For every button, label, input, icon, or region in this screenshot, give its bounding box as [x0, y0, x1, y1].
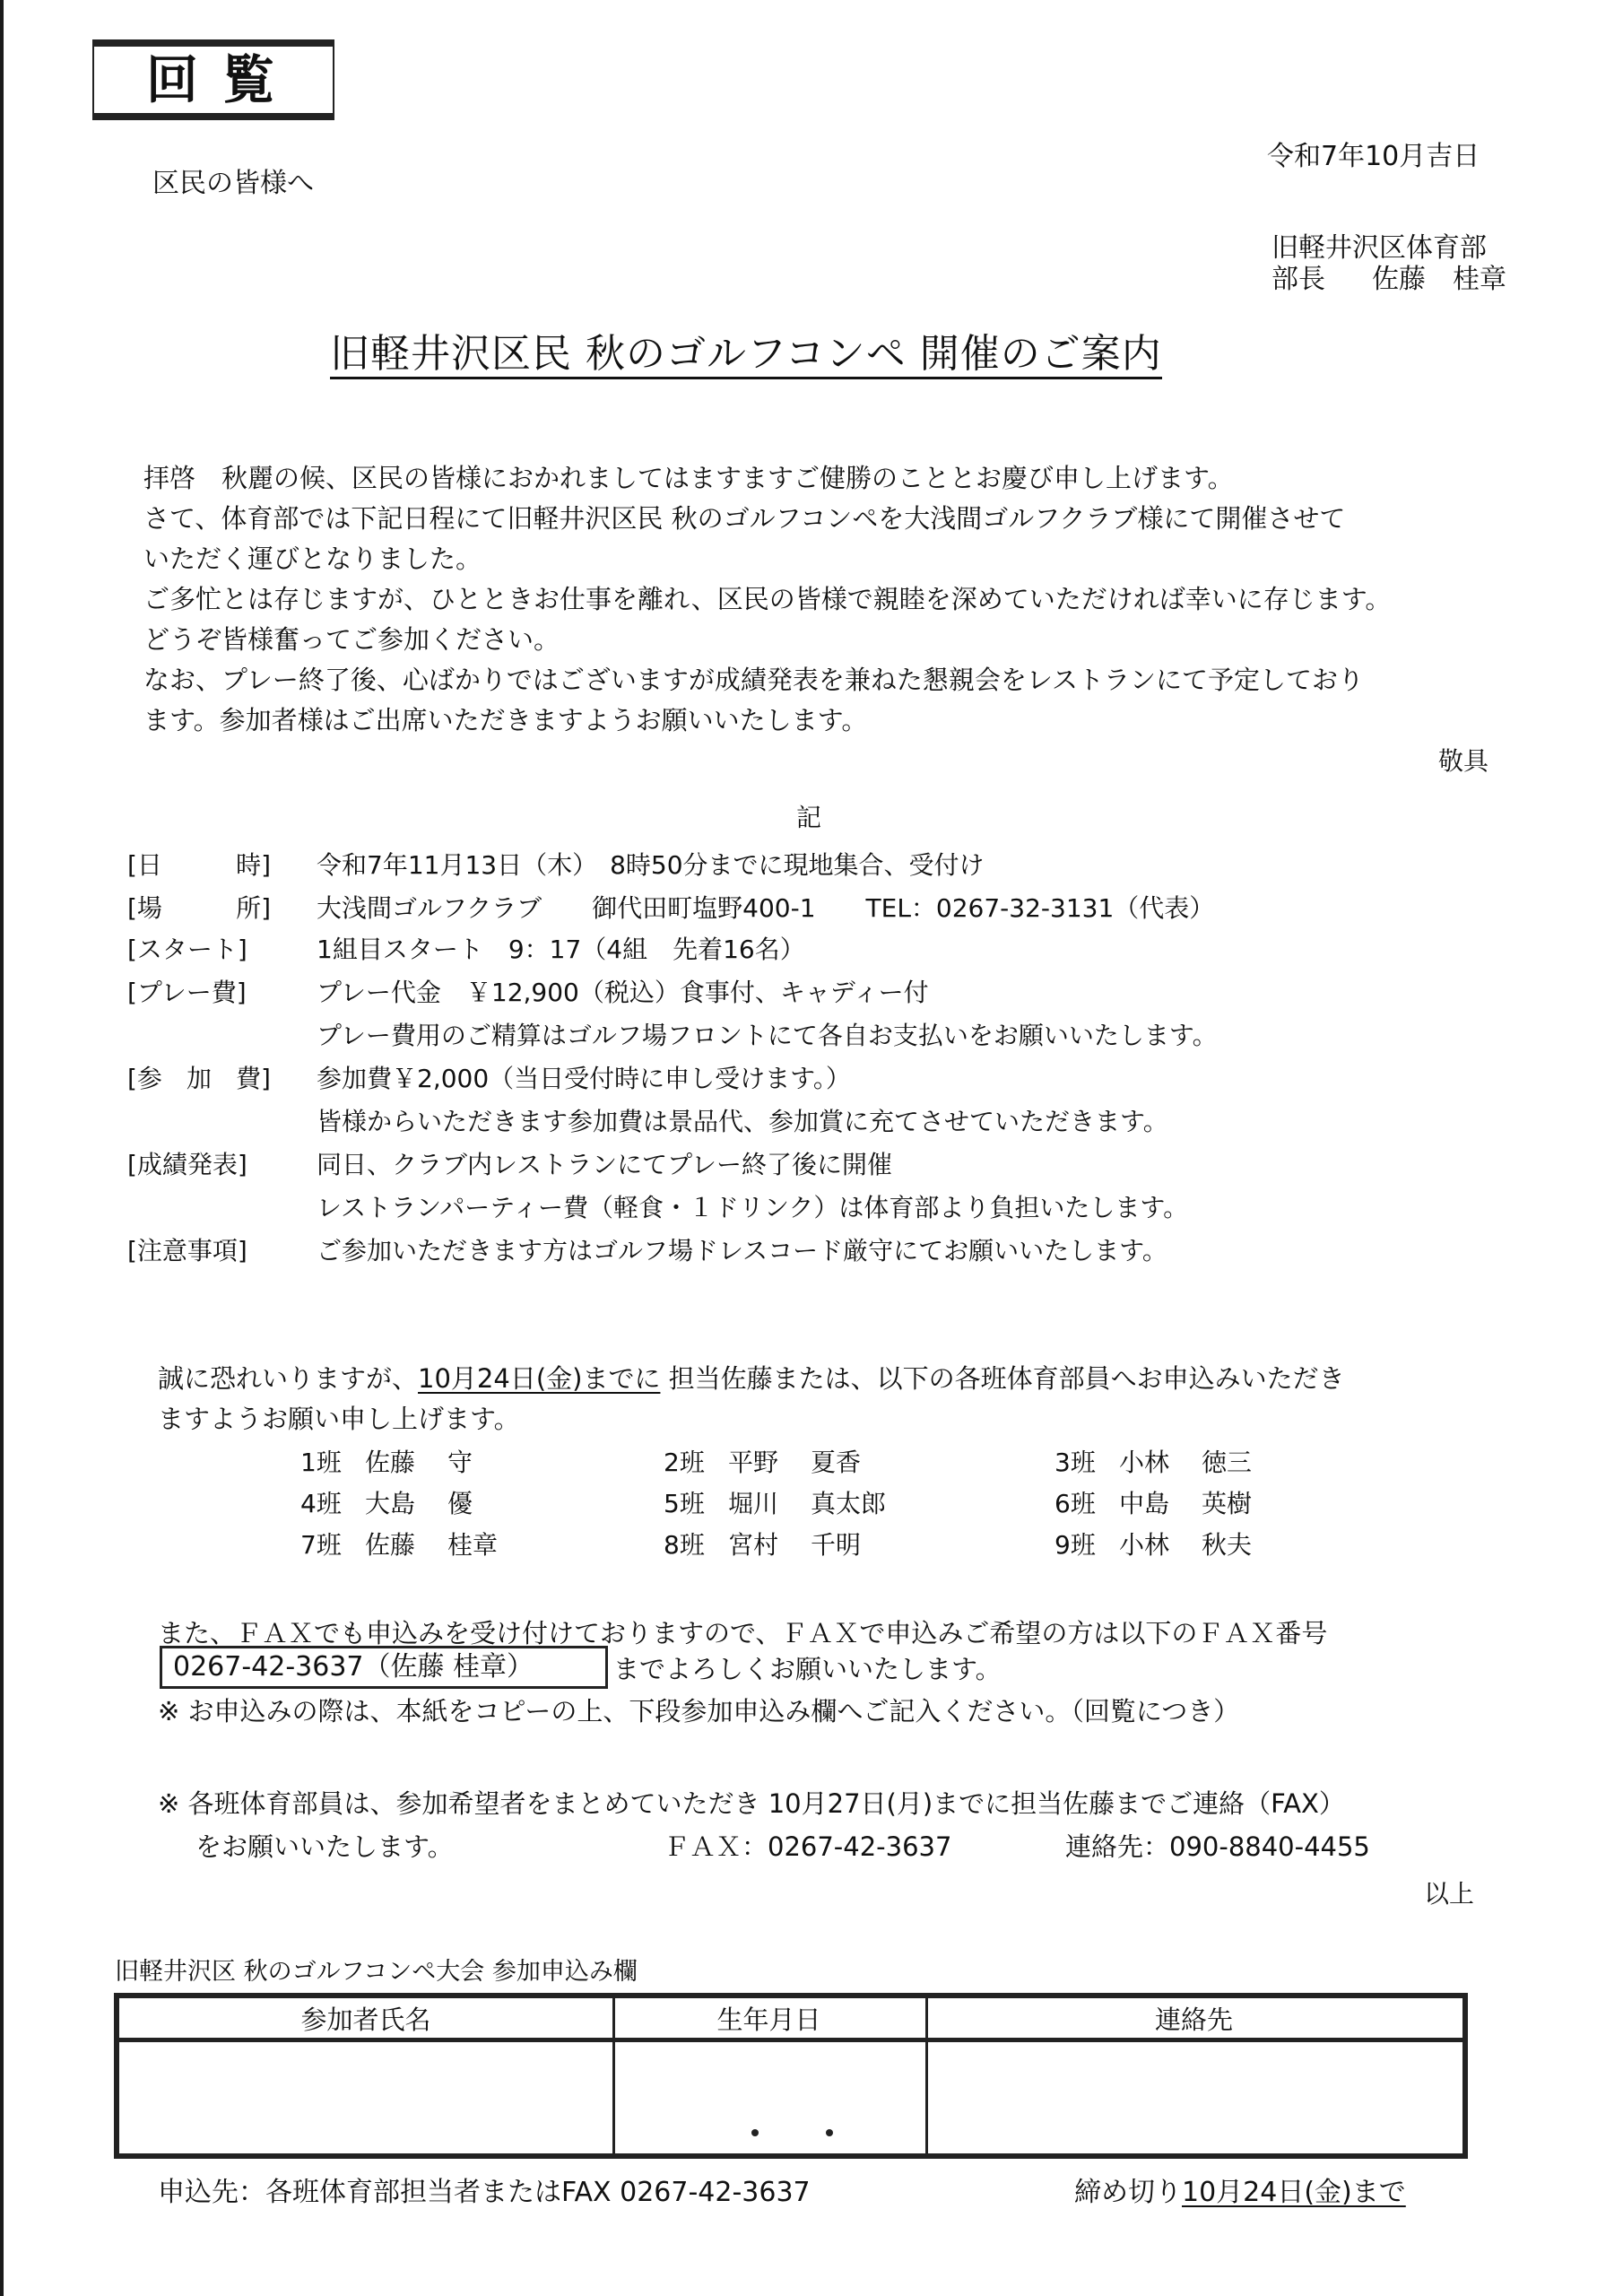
fax-line-1: また、ＦＡＸでも申込みを受け付けておりますので、ＦＡＸで申込みご希望の方は以下の…: [158, 1620, 1327, 1647]
sender-name: 佐藤 桂章: [1372, 264, 1506, 295]
detail-value-entry-fee-note: 皆様からいただきます参加費は景品代、参加賞に充てさせていただきます。: [317, 1109, 1168, 1135]
circulation-char-1: 回: [146, 54, 198, 106]
page-edge: [0, 0, 4, 2296]
detail-value-datetime: 令和7年11月13日（木） 8時50分までに現地集合、受付け: [317, 852, 985, 879]
name-input-cell[interactable]: [123, 2045, 607, 2151]
greeting-line: さて、体育部では下記日程にて旧軽井沢区民 秋のゴルフコンペを大浅間ゴルフクラブ様…: [143, 505, 1345, 532]
detail-value-results: 同日、クラブ内レストランにてプレー終了後に開催: [317, 1152, 892, 1178]
birthdate-input-cell[interactable]: [618, 2045, 921, 2151]
fax-number-box: 0267-42-3637（佐藤 桂章）: [160, 1646, 608, 1689]
circulation-char-2: 覧: [222, 54, 274, 106]
addressee: 区民の皆様へ: [152, 170, 314, 197]
apply-deadline: 10月24日(金)までに: [418, 1363, 660, 1394]
member-item: 1班佐藤守: [300, 1449, 473, 1476]
detail-label-start: [スタート]: [127, 936, 271, 963]
detail-value-notes: ご参加いただきます方はゴルフ場ドレスコード厳守にてお願いいたします。: [317, 1238, 1167, 1265]
sender-title: 部長: [1271, 264, 1325, 295]
form-footer-deadline: 締め切り10月24日(金)まで: [1074, 2179, 1406, 2207]
member-item: 4班大島優: [300, 1491, 473, 1518]
greeting-line: 拝啓 秋麗の候、区民の皆様におかれましてはますますご健勝のこととお慶び申し上げま…: [143, 465, 1234, 491]
issue-date: 令和7年10月吉日: [1267, 143, 1480, 170]
date-separator-dot: [751, 2129, 759, 2136]
greeting-line: どうぞ皆様奮ってご参加ください。: [143, 626, 560, 653]
member-item: 6班中島英樹: [1055, 1491, 1252, 1518]
detail-value-entry-fee: 参加費￥2,000（当日受付時に申し受けます。）: [317, 1065, 851, 1092]
detail-label-notes: [注意事項]: [127, 1238, 271, 1265]
member-item: 2班平野夏香: [664, 1449, 861, 1476]
sender-org: 旧軽井沢区体育部: [1271, 235, 1487, 262]
detail-label-datetime: [日時]: [127, 852, 271, 879]
document-title: 旧軽井沢区民 秋のゴルフコンペ 開催のご案内: [330, 332, 1162, 379]
apply-line-2: ますようお願い申し上げます。: [158, 1405, 520, 1432]
greeting-line: いただく運びとなりました。: [143, 545, 482, 572]
member-item: 3班小林徳三: [1055, 1449, 1252, 1476]
greeting-line: ご多忙とは存じますが、ひとときお仕事を離れ、区民の皆様で親睦を深めていただければ…: [143, 586, 1391, 613]
detail-value-results-note: レストランパーティー費（軽食・１ドリンク）は体育部より負担いたします。: [317, 1195, 1188, 1222]
member-item: 8班宮村千明: [664, 1532, 861, 1559]
greeting-line: ます。参加者様はご出席いただきますようお願いいたします。: [143, 707, 867, 734]
member-item: 9班小林秋夫: [1055, 1532, 1252, 1559]
deadline-date: 10月24日(金)まで: [1182, 2177, 1406, 2208]
greeting-line: なお、プレー終了後、心ばかりではございますが成績発表を兼ねた懇親会をレストランに…: [143, 666, 1364, 693]
circulation-badge: 回 覧: [92, 39, 334, 120]
detail-label-play-fee: [プレー費]: [127, 979, 271, 1006]
phone-contact: 連絡先：090-8840-4455: [1065, 1833, 1370, 1860]
closing-keigu: 敬具: [1438, 749, 1488, 774]
column-header-contact: 連絡先: [925, 1998, 1462, 2038]
detail-value-play-fee-note: プレー費用のご精算はゴルフ場フロントにて各自お支払いをお願いいたします。: [317, 1022, 1218, 1049]
fax-contact: ＦＡＸ：0267-42-3637: [664, 1833, 951, 1860]
detail-value-start: 1組目スタート 9：17（4組 先着16名）: [317, 936, 805, 963]
sender-signature: 部長佐藤 桂章: [1271, 266, 1506, 293]
detail-value-place: 大浅間ゴルフクラブ 御代田町塩野400-1 TEL：0267-32-3131（代…: [317, 895, 1214, 922]
detail-label-results: [成績発表]: [127, 1152, 271, 1178]
fax-line-2: までよろしくお願いいたします。: [613, 1656, 1002, 1683]
column-header-birthdate: 生年月日: [612, 1998, 925, 2038]
form-footer-destination: 申込先：各班体育部担当者またはFAX 0267-42-3637: [158, 2179, 811, 2207]
member-item: 7班佐藤桂章: [300, 1532, 498, 1559]
member-item: 5班堀川真太郎: [664, 1491, 886, 1518]
members-note-line-1: ※ 各班体育部員は、参加希望者をまとめていただき 10月27日(月)までに担当佐…: [158, 1790, 1345, 1817]
application-table: 参加者氏名 生年月日 連絡先: [114, 1993, 1468, 2159]
form-title: 旧軽井沢区 秋のゴルフコンペ大会 参加申込み欄: [115, 1959, 638, 1986]
copy-note: ※ お申込みの際は、本紙をコピーの上、下段参加申込み欄へご記入ください。（回覧に…: [158, 1698, 1239, 1725]
detail-label-place: [場所]: [127, 895, 271, 922]
ki-heading: 記: [796, 805, 821, 831]
detail-value-play-fee: プレー代金 ￥12,900（税込）食事付、キャディー付: [317, 979, 929, 1006]
apply-line-1: 誠に恐れいりますが、10月24日(金)までに 担当佐藤または、以下の各班体育部員…: [158, 1365, 1345, 1392]
date-separator-dot: [826, 2129, 833, 2136]
detail-label-entry-fee: [参加費]: [127, 1065, 271, 1092]
column-header-name: 参加者氏名: [119, 1998, 612, 2038]
contact-input-cell[interactable]: [931, 2045, 1460, 2151]
members-note-line-2: をお願いいたします。: [195, 1833, 454, 1860]
closing-ijou: 以上: [1424, 1882, 1474, 1907]
